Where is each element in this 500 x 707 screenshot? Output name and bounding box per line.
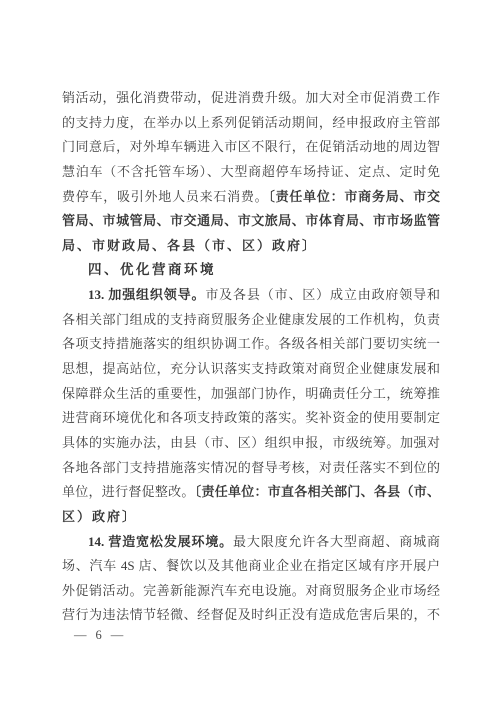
responsibility-unit-text: 〔责任单位：市直各相关部门、各县（市、 bbox=[195, 484, 440, 499]
body-text: 的支持力度，在举办以上系列促销活动期间，经申报政府主管部 bbox=[62, 115, 440, 130]
text-line: 各项支持措施落实的组织协调工作。各级各相关部门要切实统一 bbox=[62, 332, 440, 357]
text-line: 局、市财政局、各县（市、区）政府〕 bbox=[62, 234, 440, 259]
body-text: 外促销活动。完善新能源汽车充电设施。对商贸服务企业市场经 bbox=[62, 583, 440, 598]
text-line: 慧泊车（不含托管车场）、大型商超停车场持证、定点、定时免 bbox=[62, 160, 440, 185]
text-line: 进营商环境优化和各项支持政策的落实。奖补资金的使用要制定 bbox=[62, 406, 440, 431]
body-text: 保障群众生活的重要性，加强部门协作，明确责任分工，统筹推 bbox=[62, 386, 440, 401]
body-text: 各相关部门组成的支持商贸服务企业健康发展的工作机构，负责 bbox=[62, 312, 440, 327]
body-text: 费停车，吸引外地人员来石消费。 bbox=[62, 189, 268, 204]
text-line: 保障群众生活的重要性，加强部门协作，明确责任分工，统筹推 bbox=[62, 382, 440, 407]
text-line: 管局、市城管局、市交通局、市文旅局、市体育局、市市场监管 bbox=[62, 209, 440, 234]
document-body: 销活动，强化消费带动，促进消费升级。加大对全市促消费工作的支持力度，在举办以上系… bbox=[62, 86, 440, 628]
body-text: 慧泊车（不含托管车场）、大型商超停车场持证、定点、定时免 bbox=[62, 164, 440, 179]
body-text: 最大限度允许各大型商超、商城商 bbox=[233, 534, 440, 549]
body-text: 进营商环境优化和各项支持政策的落实。奖补资金的使用要制定 bbox=[62, 410, 440, 425]
text-line: 场、汽车 4S 店、餐饮以及其他商业企业在指定区域有序开展户 bbox=[62, 554, 440, 579]
heading-text: 四、优化营商环境 bbox=[88, 262, 216, 277]
footer-dash-right: — bbox=[111, 628, 124, 643]
text-line: 的支持力度，在举办以上系列促销活动期间，经申报政府主管部 bbox=[62, 111, 440, 136]
text-line: 区）政府〕 bbox=[62, 505, 440, 530]
text-line: 外促销活动。完善新能源汽车充电设施。对商贸服务企业市场经 bbox=[62, 579, 440, 604]
text-line: 费停车，吸引外地人员来石消费。〔责任单位：市商务局、市交 bbox=[62, 185, 440, 210]
body-text: 销活动，强化消费带动，促进消费升级。加大对全市促消费工作 bbox=[62, 90, 440, 105]
text-line: 门同意后，对外埠车辆进入市区不限行，在促销活动地的周边智 bbox=[62, 135, 440, 160]
body-text: 各项支持措施落实的组织协调工作。各级各相关部门要切实统一 bbox=[62, 336, 440, 351]
text-line: 销活动，强化消费带动，促进消费升级。加大对全市促消费工作 bbox=[62, 86, 440, 111]
section-heading: 四、优化营商环境 bbox=[62, 258, 440, 283]
footer-dash-left: — bbox=[74, 628, 87, 643]
body-text: 思想，提高站位，充分认识落实支持政策对商贸企业健康发展和 bbox=[62, 361, 440, 376]
text-line: 具体的实施办法，由县（市、区）组织申报，市级统筹。加强对 bbox=[62, 431, 440, 456]
text-line: 营行为违法情节轻微、经督促及时纠正没有造成危害后果的，不 bbox=[62, 603, 440, 628]
responsibility-unit-text: 局、市财政局、各县（市、区）政府〕 bbox=[62, 238, 317, 253]
page-number: 6 bbox=[96, 628, 102, 643]
text-line: 13. 加强组织领导。市及各县（市、区）成立由政府领导和 bbox=[62, 283, 440, 308]
body-text: 营行为违法情节轻微、经督促及时纠正没有造成危害后果的，不 bbox=[62, 607, 440, 622]
page-footer: — 6 — bbox=[74, 628, 123, 643]
item-title: 14. 营造宽松发展环境。 bbox=[88, 534, 233, 549]
item-title: 13. 加强组织领导。 bbox=[88, 287, 205, 302]
text-line: 思想，提高站位，充分认识落实支持政策对商贸企业健康发展和 bbox=[62, 357, 440, 382]
text-line: 各地各部门支持措施落实情况的督导考核，对责任落实不到位的 bbox=[62, 456, 440, 481]
body-text: 市及各县（市、区）成立由政府领导和 bbox=[205, 287, 440, 302]
text-line: 各相关部门组成的支持商贸服务企业健康发展的工作机构，负责 bbox=[62, 308, 440, 333]
body-text: 具体的实施办法，由县（市、区）组织申报，市级统筹。加强对 bbox=[62, 435, 440, 450]
body-text: 门同意后，对外埠车辆进入市区不限行，在促销活动地的周边智 bbox=[62, 139, 440, 154]
responsibility-unit-text: 管局、市城管局、市交通局、市文旅局、市体育局、市市场监管 bbox=[62, 213, 440, 228]
responsibility-unit-text: 〔责任单位：市商务局、市交 bbox=[268, 189, 440, 204]
responsibility-unit-text: 区）政府〕 bbox=[62, 509, 137, 524]
body-text: 各地各部门支持措施落实情况的督导考核，对责任落实不到位的 bbox=[62, 460, 440, 475]
text-line: 单位，进行督促整改。〔责任单位：市直各相关部门、各县（市、 bbox=[62, 480, 440, 505]
body-text: 场、汽车 4S 店、餐饮以及其他商业企业在指定区域有序开展户 bbox=[62, 558, 440, 573]
body-text: 单位，进行督促整改。 bbox=[62, 484, 195, 499]
document-page: 销活动，强化消费带动，促进消费升级。加大对全市促消费工作的支持力度，在举办以上系… bbox=[0, 0, 500, 707]
text-line: 14. 营造宽松发展环境。最大限度允许各大型商超、商城商 bbox=[62, 530, 440, 555]
